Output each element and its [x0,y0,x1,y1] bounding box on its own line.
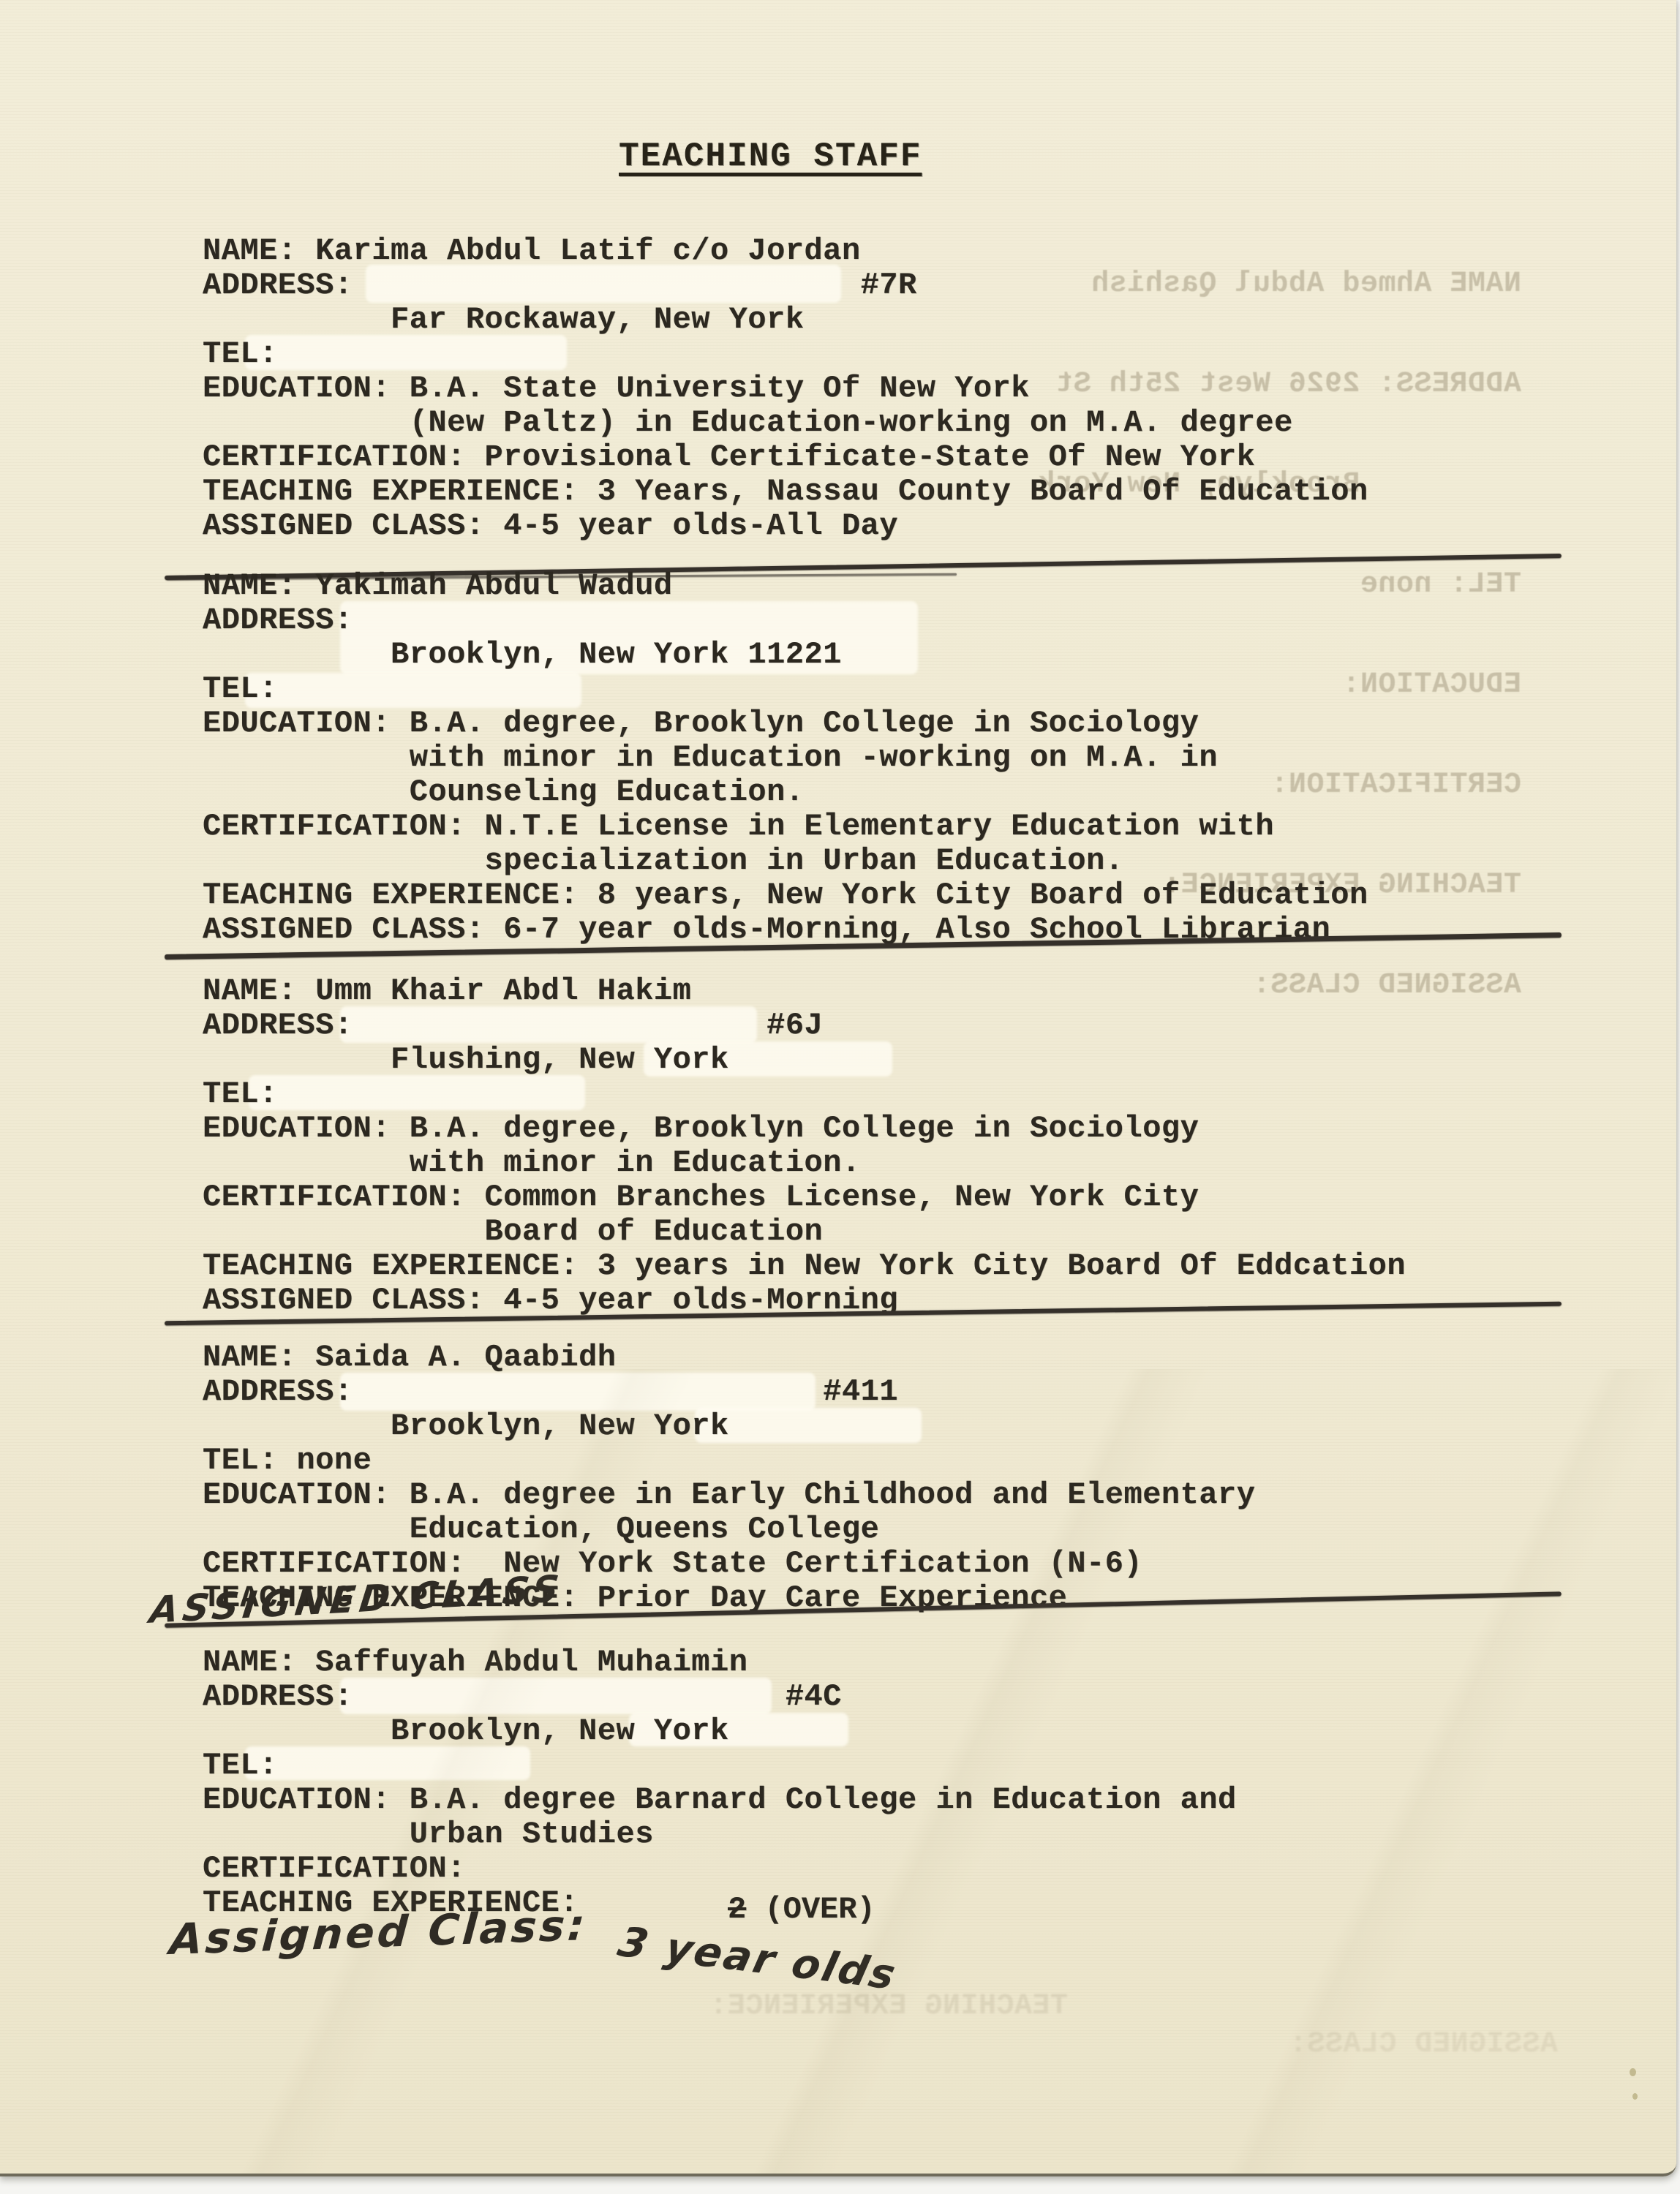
entry-line: Brooklyn, New York [203,1409,1255,1444]
entry-line: ADDRESS: #411 [203,1375,1255,1409]
entry-line: EDUCATION: B.A. degree, Brooklyn College… [203,706,1368,741]
entry-line: TEACHING EXPERIENCE: 3 years in New York… [203,1249,1406,1283]
entry-line: CERTIFICATION: Provisional Certificate-S… [203,440,1368,475]
entry-line: TEL: [203,672,1368,706]
entry-line: NAME: Umm Khair Abdl Hakim [203,974,1406,1009]
paper-speck [1632,2093,1638,2100]
entry-line: CERTIFICATION: N.T.E License in Elementa… [203,810,1368,844]
staff-entry: NAME: Yakimah Abdul Wadud ADDRESS: Brook… [203,569,1368,947]
entry-line: EDUCATION: B.A. degree, Brooklyn College… [203,1112,1406,1146]
paper-sheet: NAME Ahmed Abdul Qashish ADDRESS: 2926 W… [0,0,1676,2176]
entry-line: NAME: Saffuyah Abdul Muhaimin [203,1645,1237,1680]
entry-line: NAME: Saida A. Qaabidh [203,1341,1255,1375]
entry-line: CERTIFICATION: Common Branches License, … [203,1180,1406,1215]
entry-line: Far Rockaway, New York [203,303,1368,337]
entry-line: TEL: none [203,1444,1255,1478]
entry-line: Board of Education [203,1215,1406,1249]
staff-entry: NAME: Saida A. Qaabidh ADDRESS: #411 Bro… [203,1341,1255,1616]
entry-line: with minor in Education -working on M.A.… [203,741,1368,775]
entry-line: TEL: [203,1077,1406,1112]
entry-line: Flushing, New York [203,1043,1406,1077]
entry-line: ADDRESS: [203,603,1368,638]
entry-line: CERTIFICATION: New York State Certificat… [203,1547,1255,1581]
entry-line: TEL: [203,1749,1237,1783]
ghost-line: TEACHING EXPERIENCE: [512,1989,1068,2024]
staff-entry: NAME: Karima Abdul Latif c/o Jordan ADDR… [203,234,1368,543]
page-number-line: 2 (OVER) [728,1893,875,1927]
entry-line: Education, Queens College [203,1512,1255,1547]
over-label: (OVER) [764,1892,875,1927]
entry-line: with minor in Education. [203,1146,1406,1180]
entry-line: ADDRESS: #6J [203,1009,1406,1043]
entry-line: Counseling Education. [203,775,1368,810]
entry-line: TEL: [203,337,1368,372]
entry-line: Brooklyn, New York [203,1714,1237,1749]
staff-entry: NAME: Umm Khair Abdl Hakim ADDRESS: #6J … [203,974,1406,1318]
ghost-bleedthrough-text: ASSIGNED CLASS: [1061,1961,1558,2127]
page-title: TEACHING STAFF [619,137,922,176]
entry-line: specialization in Urban Education. [203,844,1368,878]
entry-line: ADDRESS: #7R [203,268,1368,303]
entry-line: NAME: Karima Abdul Latif c/o Jordan [203,234,1368,268]
entry-line: NAME: Yakimah Abdul Wadud [203,569,1368,603]
entry-line: (New Paltz) in Education-working on M.A.… [203,406,1368,440]
page-number: 2 [728,1892,746,1927]
entry-line: EDUCATION: B.A. degree in Early Childhoo… [203,1478,1255,1512]
entry-line: CERTIFICATION: [203,1852,1237,1886]
entry-line: Brooklyn, New York 11221 [203,638,1368,672]
scanned-document-page: { "page": { "title": "TEACHING STAFF", "… [0,0,1680,2194]
entry-line: ADDRESS: #4C [203,1680,1237,1714]
entry-line: TEACHING EXPERIENCE: 8 years, New York C… [203,878,1368,913]
ghost-line: ASSIGNED CLASS: [1061,2027,1558,2062]
paper-speck [1630,2068,1636,2076]
entry-line: Urban Studies [203,1817,1237,1852]
entry-line: ASSIGNED CLASS: 4-5 year olds-All Day [203,509,1368,543]
staff-entry: NAME: Saffuyah Abdul Muhaimin ADDRESS: #… [203,1645,1237,1920]
entry-line: EDUCATION: B.A. State University Of New … [203,372,1368,406]
entry-line: EDUCATION: B.A. degree Barnard College i… [203,1783,1237,1817]
entry-line: TEACHING EXPERIENCE: 3 Years, Nassau Cou… [203,475,1368,509]
